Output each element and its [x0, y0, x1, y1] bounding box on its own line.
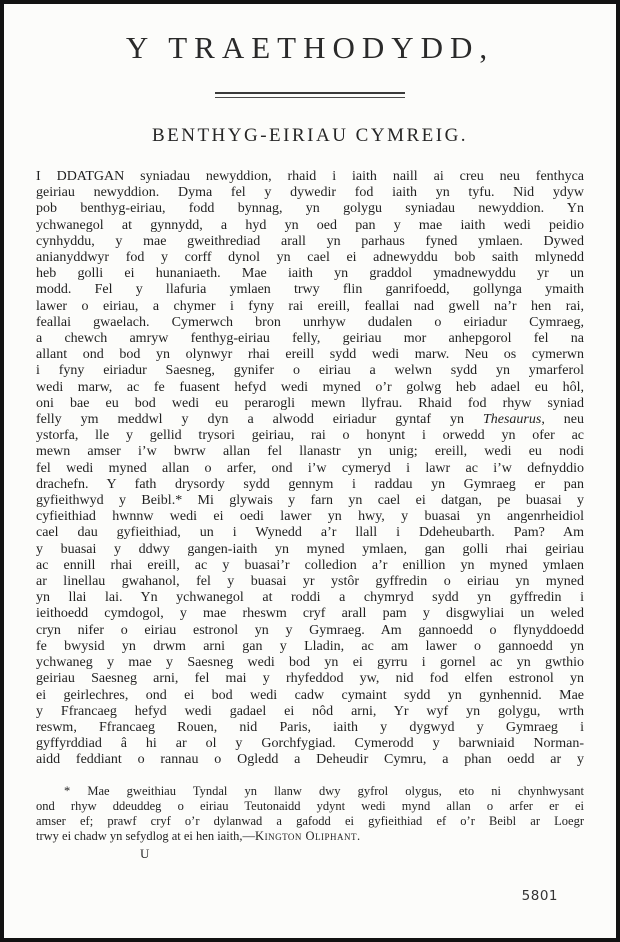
footnote-author: Kington Oliphant. [255, 829, 361, 843]
masthead-divider-rule [215, 92, 405, 98]
body-text-part1: I DDATGAN syniadau newyddion, rhaid i ia… [36, 169, 584, 427]
scan-number-stamp: 5801 [522, 888, 558, 904]
footnote-last-line-text: trwy ei chadw yn sefydlog at ei hen iait… [36, 829, 255, 843]
masthead-title: Y TRAETHODYDD, [36, 30, 584, 66]
footnote-last-line: trwy ei chadw yn sefydlog at ei hen iait… [36, 829, 584, 844]
article-title: BENTHYG-EIRIAU CYMREIG. [36, 125, 584, 147]
footnote: * Mae gweithiau Tyndal yn llanw dwy gyfr… [36, 784, 584, 844]
body-italic-word: Thesaurus [483, 412, 541, 427]
article-body-paragraph: I DDATGAN syniadau newyddion, rhaid i ia… [36, 169, 584, 769]
body-text-part2: , neu ystorfa, lle y gellid trysori geir… [36, 412, 584, 767]
printer-signature-mark: U [140, 846, 584, 862]
footnote-justified-lines: * Mae gweithiau Tyndal yn llanw dwy gyfr… [36, 784, 584, 829]
page-content: Y TRAETHODYDD, BENTHYG-EIRIAU CYMREIG. I… [4, 4, 616, 862]
scanned-document-page: Y TRAETHODYDD, BENTHYG-EIRIAU CYMREIG. I… [0, 0, 620, 942]
